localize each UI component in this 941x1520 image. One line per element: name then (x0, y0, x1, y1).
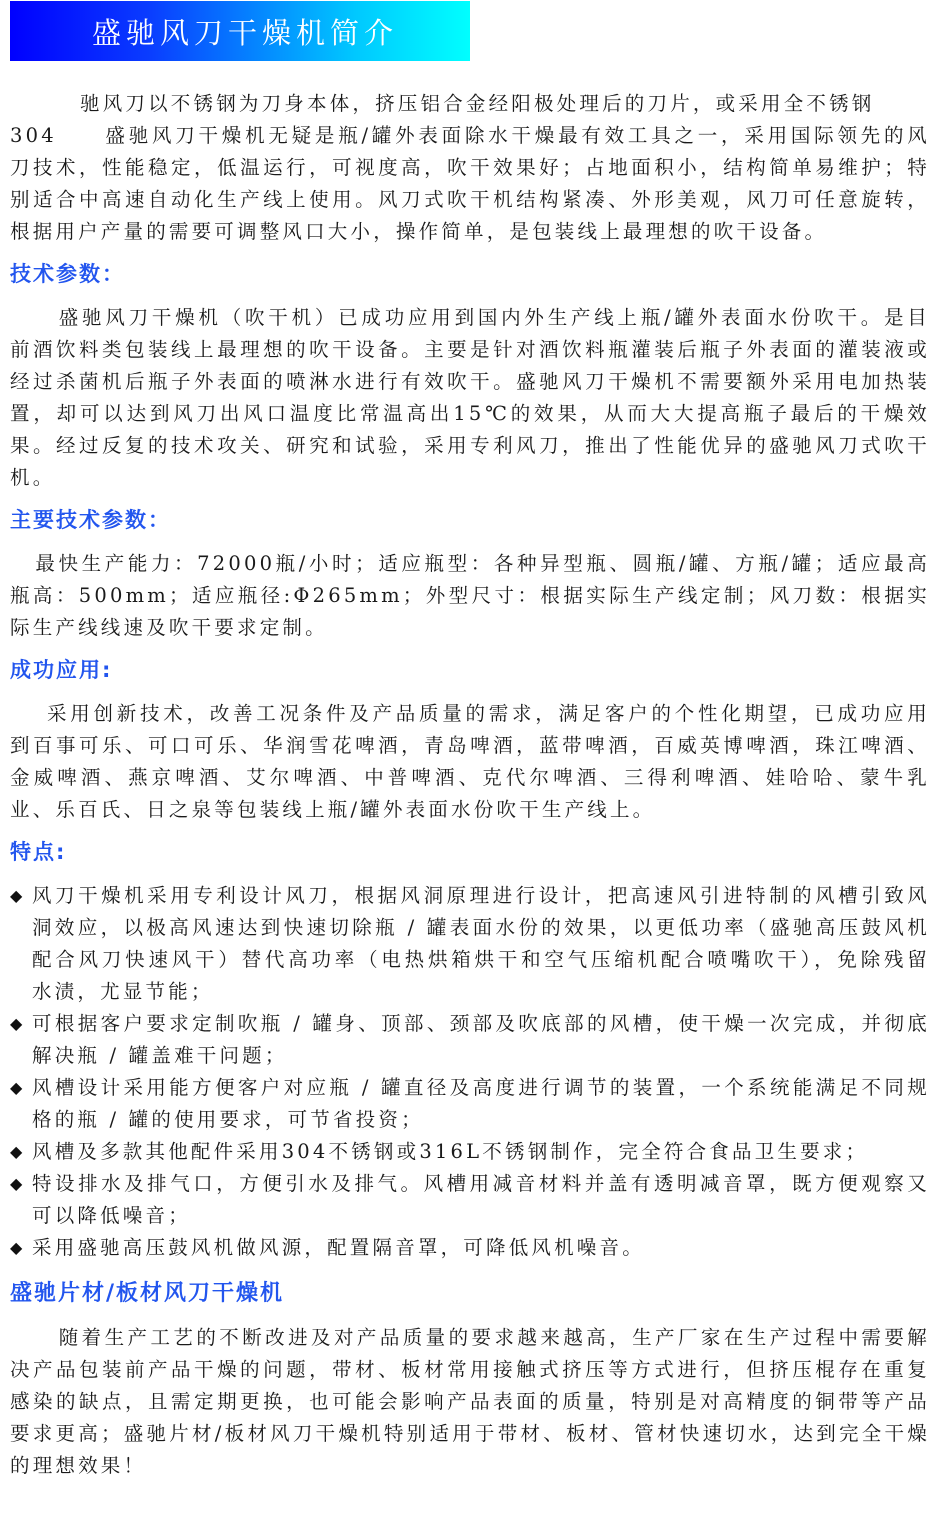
sheet-dryer-section: 盛驰片材/板材风刀干燥机 随着生产工艺的不断改进及对产品质量的要求越来越高，生产… (10, 1278, 930, 1482)
features-list: ◆风刀干燥机采用专利设计风刀，根据风洞原理进行设计，把高速风引进特制的风槽引致风… (10, 880, 930, 1264)
intro-line-1: 驰风刀以不锈钢为刀身本体，挤压铝合金经阳极处理后的刀片，或采用全不锈钢 (80, 92, 875, 115)
feature-item: ◆风槽及多款其他配件采用304不锈钢或316L不锈钢制作，完全符合食品卫生要求； (10, 1136, 930, 1168)
section-heading-features: 特点: (10, 836, 930, 868)
feature-text: 可根据客户要求定制吹瓶 / 罐身、顶部、颈部及吹底部的风槽，使干燥一次完成，并彻… (32, 1012, 930, 1067)
section-heading-sheet-dryer: 盛驰片材/板材风刀干燥机 (10, 1278, 930, 1310)
diamond-bullet-icon: ◆ (10, 880, 26, 912)
diamond-bullet-icon: ◆ (10, 1232, 26, 1264)
feature-item: ◆采用盛驰高压鼓风机做风源，配置隔音罩，可降低风机噪音。 (10, 1232, 930, 1264)
section-heading-main-params: 主要技术参数： (10, 504, 930, 536)
main-params-paragraph: 最快生产能力：72000瓶/小时；适应瓶型：各种异型瓶、圆瓶/罐、方瓶/罐；适应… (10, 548, 930, 644)
diamond-bullet-icon: ◆ (10, 1072, 26, 1104)
feature-text: 风槽及多款其他配件采用304不锈钢或316L不锈钢制作，完全符合食品卫生要求； (32, 1140, 868, 1163)
feature-item: ◆风刀干燥机采用专利设计风刀，根据风洞原理进行设计，把高速风引进特制的风槽引致风… (10, 880, 930, 1008)
tech-paragraph: 盛驰风刀干燥机（吹干机）已成功应用到国内外生产线上瓶/罐外表面水份吹干。是目前酒… (10, 302, 930, 494)
intro-paragraph: 驰风刀以不锈钢为刀身本体，挤压铝合金经阳极处理后的刀片，或采用全不锈钢304盛驰… (10, 88, 930, 248)
diamond-bullet-icon: ◆ (10, 1168, 26, 1200)
intro-304: 304 (10, 124, 57, 147)
banner-title: 盛驰风刀干燥机简介 (82, 11, 398, 52)
feature-text: 特设排水及排气口，方便引水及排气。风槽用减音材料并盖有透明减音罩，既方便观察又可… (32, 1172, 930, 1227)
sheet-dryer-paragraph: 随着生产工艺的不断改进及对产品质量的要求越来越高，生产厂家在生产过程中需要解决产… (10, 1322, 930, 1482)
feature-item: ◆可根据客户要求定制吹瓶 / 罐身、顶部、颈部及吹底部的风槽，使干燥一次完成，并… (10, 1008, 930, 1072)
document-content: 驰风刀以不锈钢为刀身本体，挤压铝合金经阳极处理后的刀片，或采用全不锈钢304盛驰… (10, 88, 930, 1482)
applications-paragraph: 采用创新技术，改善工况条件及产品质量的需求，满足客户的个性化期望，已成功应用到百… (10, 698, 930, 826)
features-section: 特点: ◆风刀干燥机采用专利设计风刀，根据风洞原理进行设计，把高速风引进特制的风… (10, 836, 930, 1264)
applications-section: 成功应用: 采用创新技术，改善工况条件及产品质量的需求，满足客户的个性化期望，已… (10, 654, 930, 826)
feature-item: ◆风槽设计采用能方便客户对应瓶 / 罐直径及高度进行调节的装置，一个系统能满足不… (10, 1072, 930, 1136)
section-heading-applications: 成功应用: (10, 654, 930, 686)
diamond-bullet-icon: ◆ (10, 1008, 26, 1040)
diamond-bullet-icon: ◆ (10, 1136, 26, 1168)
intro-body: 盛驰风刀干燥机无疑是瓶/罐外表面除水干燥最有效工具之一，采用国际领先的风刀技术，… (10, 124, 930, 243)
feature-item: ◆特设排水及排气口，方便引水及排气。风槽用减音材料并盖有透明减音罩，既方便观察又… (10, 1168, 930, 1232)
intro-section: 驰风刀以不锈钢为刀身本体，挤压铝合金经阳极处理后的刀片，或采用全不锈钢304盛驰… (10, 88, 930, 248)
main-params-section: 主要技术参数： 最快生产能力：72000瓶/小时；适应瓶型：各种异型瓶、圆瓶/罐… (10, 504, 930, 644)
title-banner: 盛驰风刀干燥机简介 (10, 1, 470, 61)
feature-text: 风槽设计采用能方便客户对应瓶 / 罐直径及高度进行调节的装置，一个系统能满足不同… (32, 1076, 930, 1131)
feature-text: 风刀干燥机采用专利设计风刀，根据风洞原理进行设计，把高速风引进特制的风槽引致风洞… (32, 884, 930, 1003)
section-heading-tech: 技术参数： (10, 258, 930, 290)
tech-params-section: 技术参数： 盛驰风刀干燥机（吹干机）已成功应用到国内外生产线上瓶/罐外表面水份吹… (10, 258, 930, 494)
feature-text: 采用盛驰高压鼓风机做风源，配置隔音罩，可降低风机噪音。 (32, 1236, 645, 1259)
